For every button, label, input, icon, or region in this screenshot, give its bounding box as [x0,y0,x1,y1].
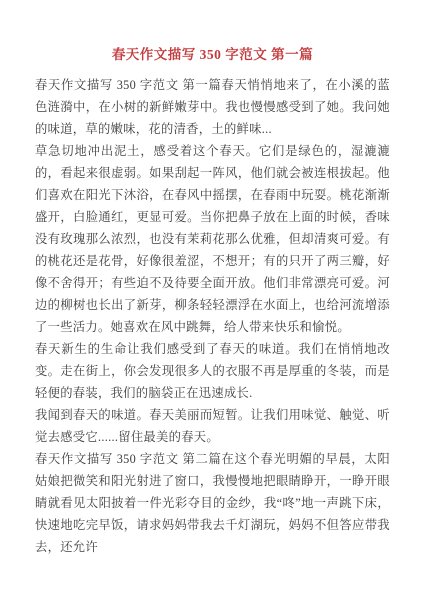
paragraph-5: 春天作文描写 350 字范文 第二篇在这个春光明媚的早晨，太阳姑娘把微笑和阳光射… [35,448,390,558]
paragraph-2: 草急切地冲出泥土，感受着这个春天。它们是绿色的，湿漉漉的，看起来很虚弱。如果刮起… [35,140,390,338]
document-title: 春天作文描写 350 字范文 第一篇 [35,46,390,63]
paragraph-3: 春天新生的生命让我们感受到了春天的味道。我们在悄悄地改变。走在街上，你会发现很多… [35,338,390,404]
paragraph-1: 春天作文描写 350 字范文 第一篇春天悄悄地来了，在小溪的蓝色涟漪中，在小树的… [35,74,390,140]
document-page: 春天作文描写 350 字范文 第一篇 春天作文描写 350 字范文 第一篇春天悄… [0,0,424,600]
paragraph-4: 我闻到春天的味道。春天美丽而短暂。让我们用味觉、触觉、听觉去感受它......留… [35,404,390,448]
